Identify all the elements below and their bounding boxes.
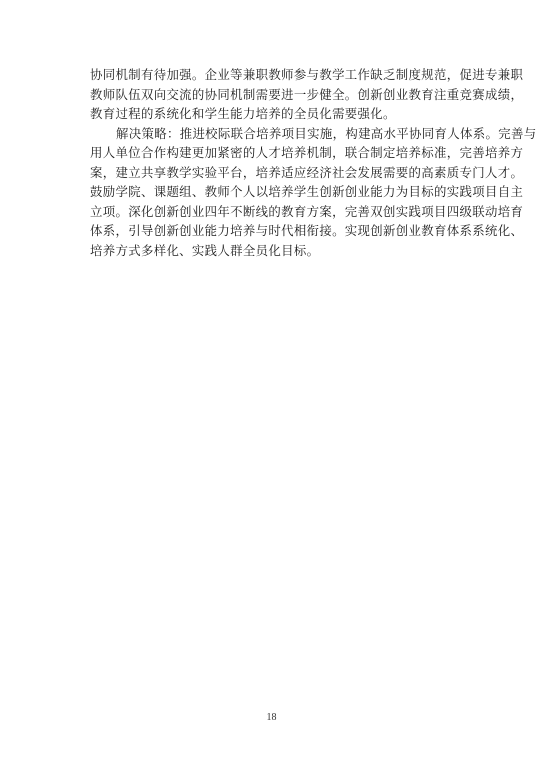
text-line: 案，建立共享教学实验平台，培养适应经济社会发展需要的高素质专门人才。 (90, 163, 463, 183)
text-line: 培养方式多样化、实践人群全员化目标。 (90, 241, 463, 261)
text-line: 立项。深化创新创业四年不断线的教育方案，完善双创实践项目四级联动培育 (90, 202, 463, 222)
text-line: 用人单位合作构建更加紧密的人才培养机制，联合制定培养标准，完善培养方 (90, 143, 463, 163)
text-line: 鼓励学院、课题组、教师个人以培养学生创新创业能力为目标的实践项目自主 (90, 182, 463, 202)
text-line: 教师队伍双向交流的协同机制需要进一步健全。创新创业教育注重竞赛成绩， (90, 85, 463, 105)
page-number: 18 (0, 711, 543, 725)
body-text: 协同机制有待加强。企业等兼职教师参与教学工作缺乏制度规范，促进专兼职 教师队伍双… (90, 65, 463, 260)
paragraph-2: 解决策略：推进校际联合培养项目实施，构建高水平协同育人体系。完善与 用人单位合作… (90, 124, 463, 261)
paragraph-1: 协同机制有待加强。企业等兼职教师参与教学工作缺乏制度规范，促进专兼职 教师队伍双… (90, 65, 463, 124)
text-line: 教育过程的系统化和学生能力培养的全员化需要强化。 (90, 104, 463, 124)
document-page: 协同机制有待加强。企业等兼职教师参与教学工作缺乏制度规范，促进专兼职 教师队伍双… (0, 0, 543, 768)
text-line: 体系，引导创新创业能力培养与时代相衔接。实现创新创业教育体系系统化、 (90, 221, 463, 241)
text-line: 协同机制有待加强。企业等兼职教师参与教学工作缺乏制度规范，促进专兼职 (90, 65, 463, 85)
text-line: 解决策略：推进校际联合培养项目实施，构建高水平协同育人体系。完善与 (90, 124, 463, 144)
